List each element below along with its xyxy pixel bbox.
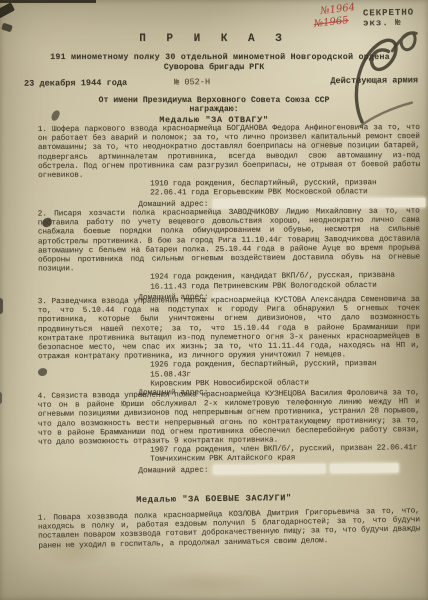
award-item-1: 1. Шофера паркового взвода красноармейца… <box>38 124 420 210</box>
order-title: П Р И К А З <box>0 33 428 45</box>
award-item-text: 2. Писаря хозчасти полка красноармейца З… <box>38 208 420 275</box>
addressee-line-2: Суворова бригады РГК <box>0 62 428 72</box>
medal-title-za-boevye-zaslugi: Медалью "ЗА БОЕВЫЕ ЗАСЛУГИ" <box>0 491 428 506</box>
scan-edge-artifact <box>1 23 13 33</box>
army-note: Действующая армия <box>292 75 418 86</box>
address-label: Домашний адрес: <box>138 466 208 475</box>
address-label: Домашний адрес: <box>138 200 208 208</box>
award-item-text: 1. Повара хозвзвода полка красноармейца … <box>38 507 421 551</box>
award-item-4: 4. Связиста взвода управления полка крас… <box>38 389 421 477</box>
scan-edge-artifact <box>0 298 3 314</box>
award-item-5: 1. Повара хозвзвода полка красноармейца … <box>38 507 421 551</box>
secret-label: СЕКРЕТНО <box>363 8 414 19</box>
order-number: № 052-Н <box>174 76 292 87</box>
preamble-line-1: От имени Президиума Верховного Совета Со… <box>0 96 428 105</box>
award-item-text: 4. Связиста взвода управления полка крас… <box>38 389 421 448</box>
preamble-line-2: награждаю: <box>0 105 428 114</box>
document-page: №1964 №1965 СЕКРЕТНО экз. № П Р И К А З … <box>0 0 428 600</box>
address-line: Домашний адрес: <box>138 463 420 476</box>
scan-edge-artifact <box>0 2 15 18</box>
redaction-box <box>213 198 425 208</box>
scan-edge-artifact <box>0 0 96 3</box>
addressee-line-1: 191 минометному полку 30 отдельной мином… <box>18 52 422 62</box>
award-item-2: 2. Писаря хозчасти полка красноармейца З… <box>38 208 421 305</box>
award-item-text: 1. Шофера паркового взвода красноармейца… <box>38 124 420 181</box>
award-item-3: 3. Разведчика взвода управления полка кр… <box>38 296 421 400</box>
redaction-box <box>213 464 325 474</box>
scan-edge-artifact <box>0 392 2 404</box>
paper-stain <box>150 570 270 596</box>
award-item-text: 3. Разведчика взвода управления полка кр… <box>38 296 420 363</box>
redaction-box <box>330 463 398 473</box>
service-info-line: 1926 года рождения, беспартийный, русски… <box>150 360 420 380</box>
order-date: 23 декабря 1944 года <box>24 77 174 88</box>
